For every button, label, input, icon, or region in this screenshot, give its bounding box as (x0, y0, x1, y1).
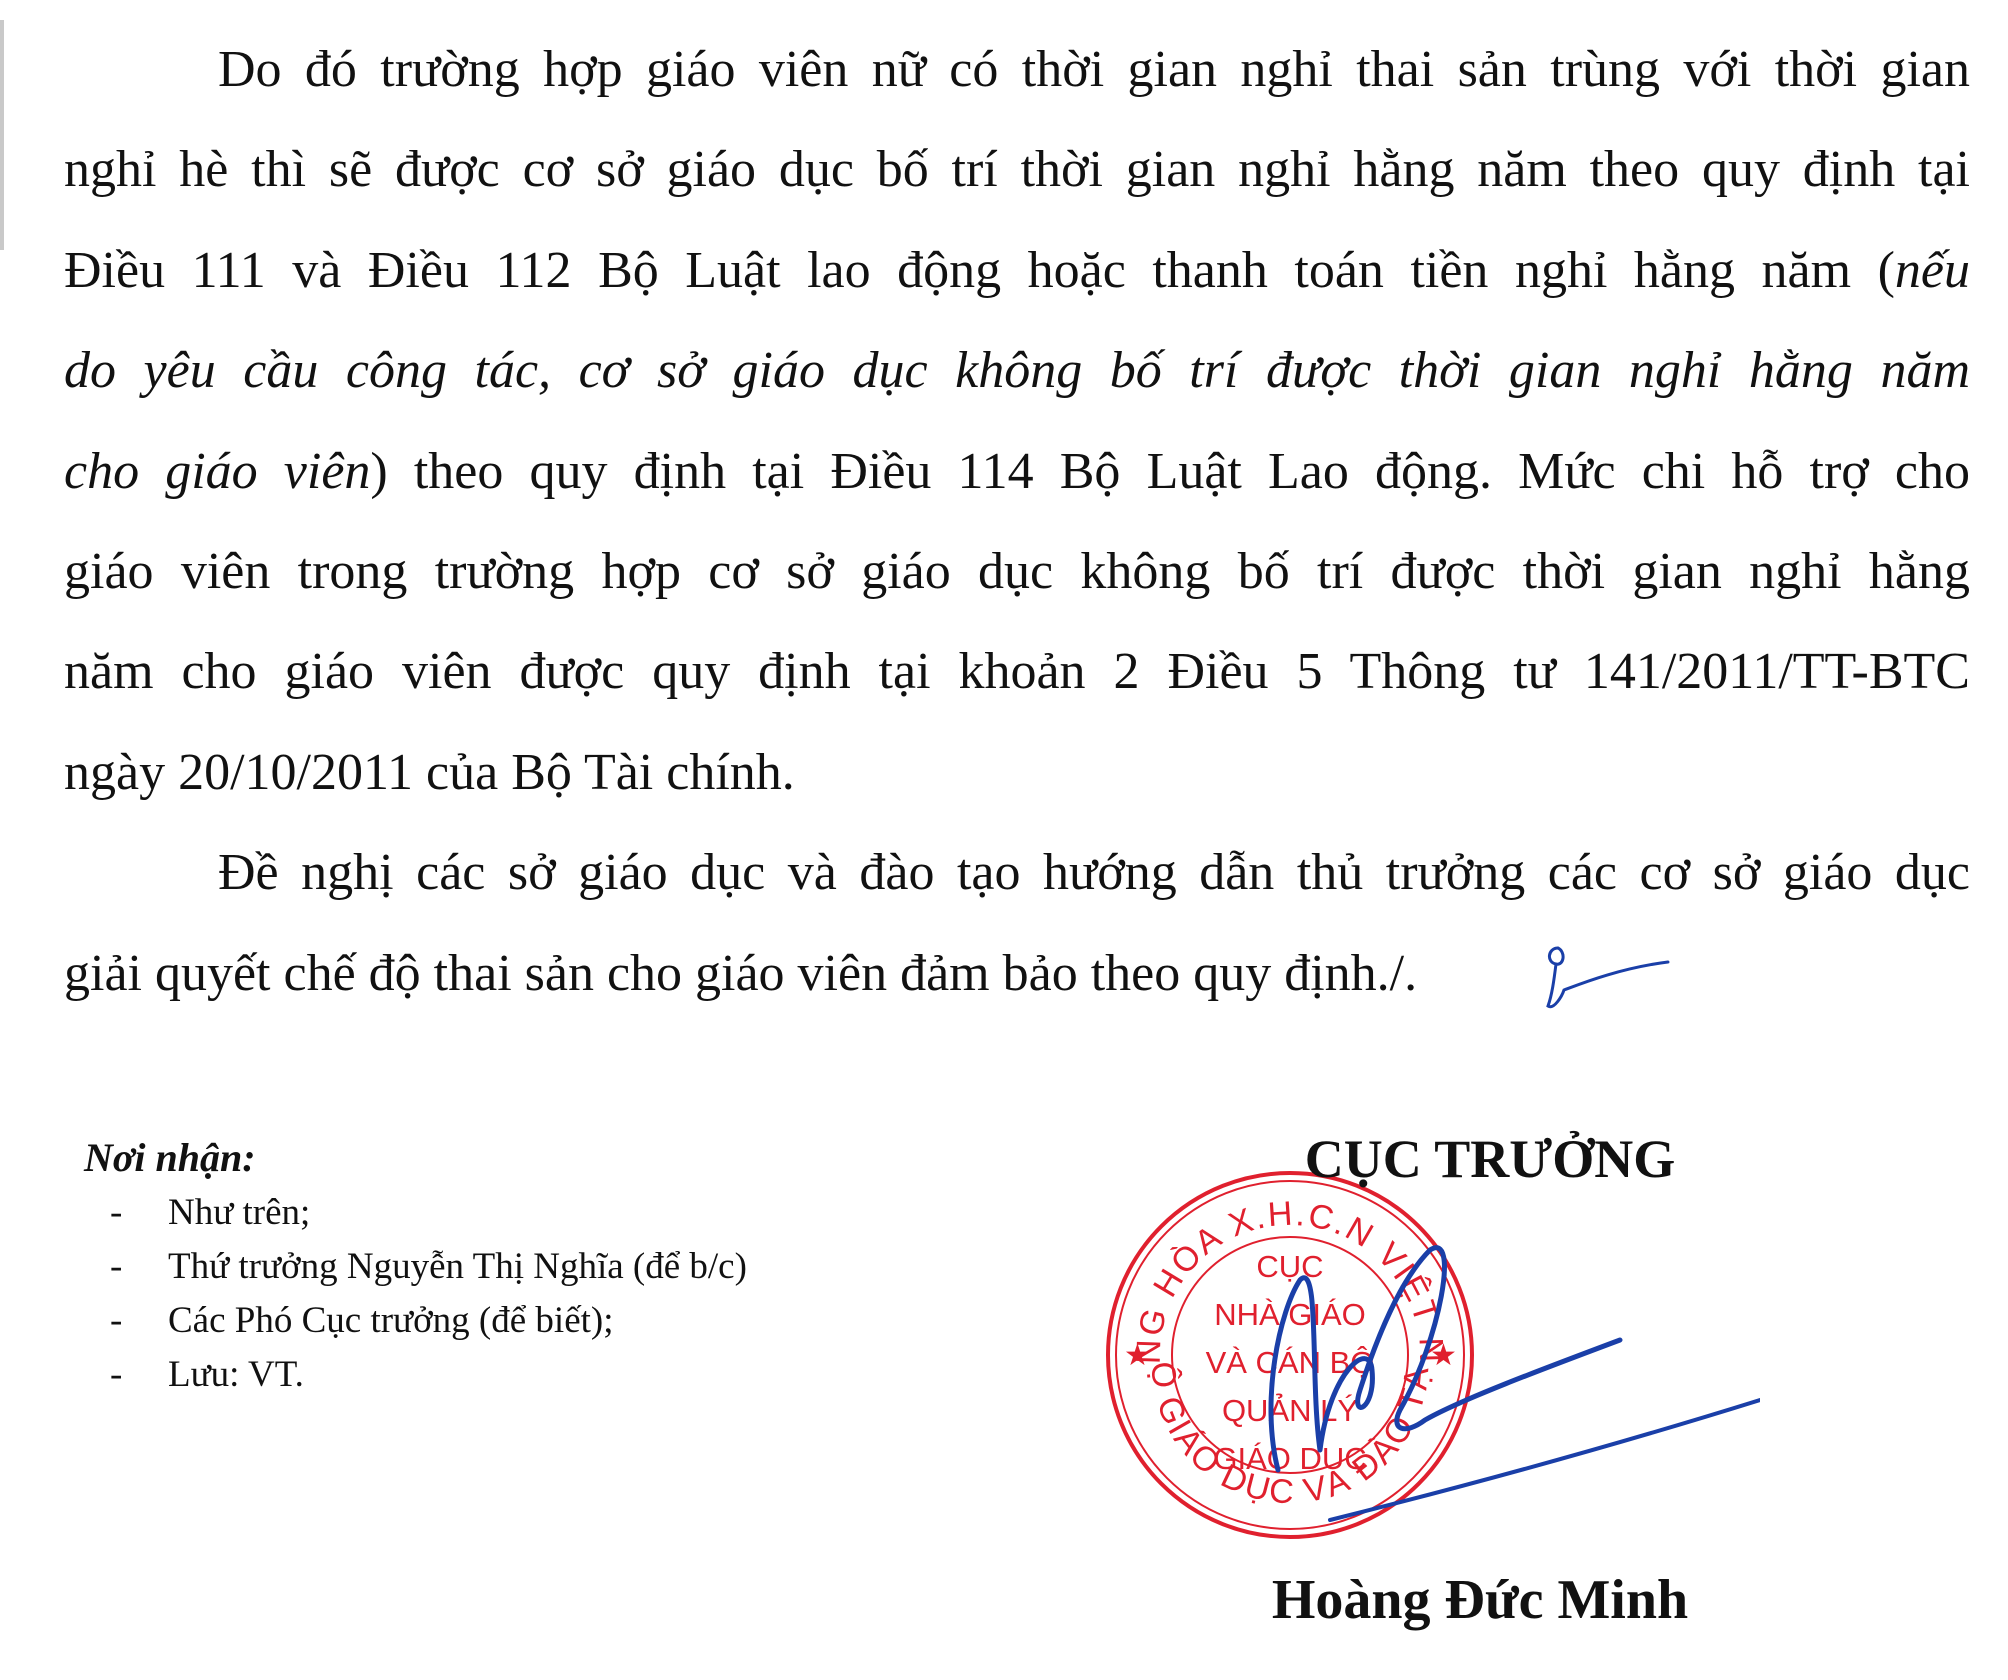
document-body: Do đó trường hợp giáo viên nữ có thời gi… (64, 20, 1970, 1024)
list-item: -Thứ trưởng Nguyễn Thị Nghĩa (để b/c) (84, 1240, 747, 1294)
paragraph1-line1: Do đó trường hợp giáo viên nữ có thời gi… (64, 20, 1970, 120)
line5-text: ) theo quy định tại Điều 114 Bộ Luật Lao… (370, 443, 1970, 500)
italic-neu: nếu (1895, 242, 1970, 299)
list-item: -Các Phó Cục trưởng (để biết); (84, 1294, 747, 1348)
recipients-title: Nơi nhận: (84, 1130, 747, 1186)
list-item: -Lưu: VT. (84, 1348, 747, 1402)
line3-text: Điều 111 và Điều 112 Bộ Luật lao động ho… (64, 242, 1895, 299)
initial-mark-icon (1540, 940, 1680, 1020)
stamp-inner-line: QUẢN LÝ (1222, 1393, 1358, 1428)
stamp-inner-line: GIÁO DỤC (1213, 1441, 1366, 1476)
paragraph1-line6: giáo viên trong trường hợp cơ sở giáo dụ… (64, 522, 1970, 622)
paragraph1-line8: ngày 20/10/2011 của Bộ Tài chính. (64, 723, 1970, 823)
stamp-inner-line: CỤC (1256, 1249, 1323, 1284)
paragraph1-line2: nghỉ hè thì sẽ được cơ sở giáo dục bố tr… (64, 120, 1970, 220)
recipients-block: Nơi nhận: -Như trên; -Thứ trưởng Nguyễn … (84, 1130, 747, 1402)
signer-name: Hoàng Đức Minh (1260, 1568, 1700, 1632)
recipients-list: -Như trên; -Thứ trưởng Nguyễn Thị Nghĩa … (84, 1186, 747, 1402)
scan-edge (0, 20, 4, 250)
paragraph1-line5: cho giáo viên) theo quy định tại Điều 11… (64, 422, 1970, 522)
italic-clause-end: cho giáo viên (64, 443, 370, 500)
star-left-icon: ★ (1124, 1339, 1151, 1372)
paragraph2-line2: giải quyết chế độ thai sản cho giáo viên… (64, 924, 1970, 1024)
paragraph1-line4: do yêu cầu công tác, cơ sở giáo dục khôn… (64, 321, 1970, 421)
paragraph1-line7: năm cho giáo viên được quy định tại khoả… (64, 622, 1970, 722)
paragraph2-line1: Đề nghị các sở giáo dục và đào tạo hướng… (64, 823, 1970, 923)
position-title: CỤC TRƯỞNG (1290, 1128, 1690, 1190)
paragraph1-line3: Điều 111 và Điều 112 Bộ Luật lao động ho… (64, 221, 1970, 321)
stamp-inner-line: NHÀ GIÁO (1214, 1297, 1366, 1332)
star-right-icon: ★ (1430, 1339, 1457, 1372)
stamp-inner-line: VÀ CÁN BỘ (1206, 1345, 1375, 1380)
official-stamp-icon: CỘNG HÒA X.H.C.N VIỆT NAM BỘ GIÁO DỤC VÀ… (1100, 1165, 1480, 1545)
list-item: -Như trên; (84, 1186, 747, 1240)
italic-clause: do yêu cầu công tác, cơ sở giáo dục khôn… (64, 342, 1970, 399)
